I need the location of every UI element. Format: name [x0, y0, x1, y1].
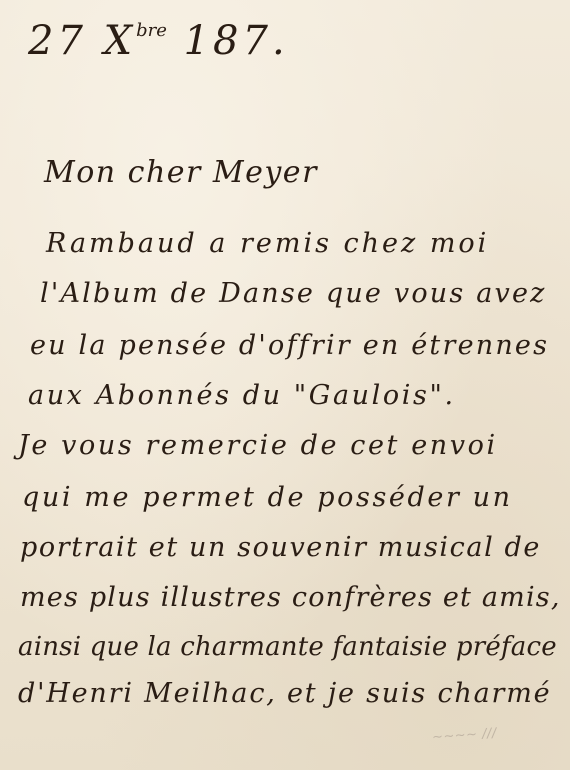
- letter-line-3: eu la pensée d'offrir en étrennes: [30, 330, 549, 361]
- letter-line-4: aux Abonnés du "Gaulois".: [28, 380, 456, 411]
- letter-line-10: d'Henri Meilhac, et je suis charmé: [18, 678, 551, 709]
- salutation: Mon cher Meyer: [44, 155, 318, 190]
- letter-line-6: qui me permet de posséder un: [22, 482, 513, 513]
- date-month-superscript: bre: [136, 20, 167, 41]
- date-day-month: 27 X: [28, 18, 136, 64]
- date-year: 187.: [184, 18, 289, 64]
- letter-date: 27 Xbre 187.: [28, 18, 289, 64]
- letter-line-7: portrait et un souvenir musical de: [20, 532, 541, 563]
- pencil-annotation: ~~~~ ///: [432, 726, 498, 745]
- letter-line-8: mes plus illustres confrères et amis,: [20, 582, 561, 613]
- letter-line-9: ainsi que la charmante fantaisie préface: [18, 632, 557, 662]
- letter-line-2: l'Album de Danse que vous avez: [40, 278, 547, 309]
- letter-line-5: Je vous remercie de cet envoi: [18, 430, 498, 461]
- letter-page: 27 Xbre 187. Mon cher Meyer Rambaud a re…: [0, 0, 570, 770]
- letter-line-1: Rambaud a remis chez moi: [46, 228, 489, 259]
